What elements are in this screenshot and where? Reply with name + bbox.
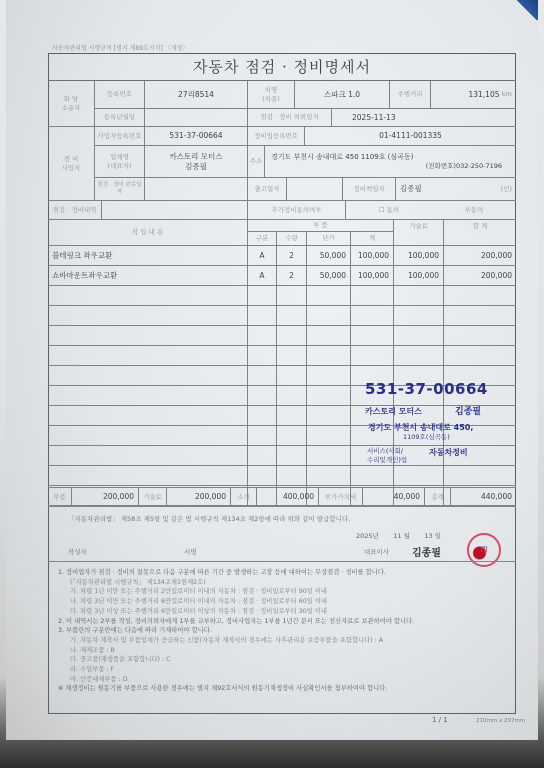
issuance-statement: 「자동차관리법」 제58조 제5항 및 같은 법 시행규칙 제134조 제2항에… <box>68 514 350 523</box>
binder-clip-corner <box>516 0 538 20</box>
cell-qty <box>277 306 307 326</box>
note-line: ※ 재생정비는 원동기를 부품으로 사용한 경우에는 별지 제92호서식의 원동… <box>58 684 508 694</box>
cell-qty: 2 <box>277 266 307 286</box>
cell-type <box>248 406 277 426</box>
cell-work <box>48 346 248 366</box>
cell-subtotal <box>351 326 394 346</box>
mileage-unit: km <box>502 90 512 98</box>
issue-day: 13 <box>424 532 432 540</box>
cell-subtotal <box>351 346 394 366</box>
type-header: 구분 <box>248 232 277 246</box>
cell-labor <box>394 346 444 366</box>
reg-no-value: 27리8514 <box>145 81 248 109</box>
cell-unit-price <box>307 326 351 346</box>
cell-labor <box>394 286 444 306</box>
subtotal-value: 400,000 <box>257 487 319 507</box>
cell-unit-price <box>307 426 351 446</box>
day-unit: 일 <box>435 532 441 540</box>
cell-type <box>248 446 277 466</box>
writer-label: 작성자 <box>68 547 87 556</box>
cell-qty <box>277 366 307 386</box>
cell-total <box>444 306 516 326</box>
cell-work <box>48 326 248 346</box>
manager-value: 김종필 <box>400 184 422 193</box>
work-header: 작 업 내 용 <box>48 220 248 246</box>
labor-total-label: 기술료 <box>139 487 167 507</box>
total-header: 합 계 <box>444 220 516 246</box>
complete-date-label: 점검 · 정비 완료일자 <box>95 178 145 201</box>
unit-price-header: 단가 <box>307 232 351 246</box>
cell-unit-price <box>307 446 351 466</box>
stamp-category-1: 서비스(사회/ <box>367 446 403 455</box>
repair-reg-no-label: 정비업등록번호 <box>248 127 305 146</box>
note-line: 마. 인증대체부품 : D <box>58 675 508 685</box>
subtotal-label: 소계 <box>231 487 257 507</box>
complete-date-value <box>145 178 248 201</box>
parts-header: 부 품 <box>248 220 394 232</box>
cell-type <box>248 426 277 446</box>
company-value: 카스토리 모터스 김종필 <box>145 146 248 178</box>
mileage-label: 주행거리 <box>390 81 431 109</box>
note-line: (「자동차관리법 시행규칙」 제134조제1항제2호) <box>58 578 508 588</box>
cell-unit-price <box>307 466 351 486</box>
cell-qty <box>277 286 307 306</box>
cell-unit-price <box>307 366 351 386</box>
repair-reg-no-value: 01-4111-001335 <box>305 127 516 146</box>
business-section-label: 정 비 사업자 <box>48 127 95 201</box>
cell-unit-price <box>307 306 351 326</box>
cell-total: 200,000 <box>444 266 516 286</box>
page-number: 1 / 1 <box>432 716 448 724</box>
cell-qty: 2 <box>277 246 307 266</box>
cell-unit-price <box>307 286 351 306</box>
cell-work: 블테링크 좌우교환 <box>48 246 248 266</box>
cell-work <box>48 446 248 466</box>
stamp-owner: 김종필 <box>455 404 481 417</box>
year-unit: 년 <box>373 532 379 540</box>
consent-options: ☐ 동의 부동의 <box>346 201 516 220</box>
notes-section: 1. 정비업자가 점검 · 정비의 잘못으로 다음 구분에 따른 기간 중 발생… <box>58 568 508 694</box>
cell-labor <box>394 466 444 486</box>
cell-type <box>248 306 277 326</box>
note-line: 나. 차령 3년 미만 또는 주행거리 6만킬로미터 이내의 자동차 : 점검 … <box>58 597 508 607</box>
stamp-category-2: 수리및개인)업 <box>367 455 407 464</box>
note-line: 다. 중고품(재생품을 포함합니다) : C <box>58 655 508 665</box>
cell-total <box>444 286 516 306</box>
model-label: 차명 (차종) <box>248 81 295 109</box>
cell-labor <box>394 306 444 326</box>
checkbox-icon[interactable]: ☐ <box>379 206 385 214</box>
cell-type <box>248 386 277 406</box>
mileage-value: 131,105 km <box>431 81 516 109</box>
note-line: 가. 자동차 제작사 및 부품업체가 공급하는 신품(자동차 제작사의 경우에는… <box>58 636 508 646</box>
cell-work <box>48 306 248 326</box>
disagree-label[interactable]: 부동의 <box>464 206 483 214</box>
manager-label: 정비책임자 <box>343 178 396 201</box>
cell-unit-price: 50,000 <box>307 266 351 286</box>
phone-value: (전화번호)032-250-7196 <box>426 162 516 170</box>
labor-total-value: 200,000 <box>167 487 231 507</box>
cell-total <box>444 466 516 486</box>
cell-type <box>248 326 277 346</box>
grand-total-label: 총계 <box>425 487 451 507</box>
biz-reg-no-label: 사업자등록번호 <box>95 127 145 146</box>
cell-qty <box>277 406 307 426</box>
reg-no-label: 등록번호 <box>95 81 145 109</box>
stamp-business-type: 자동차정비 <box>429 447 468 458</box>
note-line: 3. 부품란의 구분란에는 다음에 따라 기재하여야 합니다. <box>58 626 508 636</box>
reg-date-label: 등록년월일 <box>95 109 145 127</box>
stamp-company: 카스토리 모터스 <box>365 406 422 417</box>
cell-work: 쇼바마운트좌우교환 <box>48 266 248 286</box>
cell-subtotal <box>351 286 394 306</box>
release-date-value <box>287 178 343 201</box>
cell-subtotal: 100,000 <box>351 246 394 266</box>
cell-type <box>248 366 277 386</box>
cell-qty <box>277 326 307 346</box>
inspection-details-value <box>102 201 248 220</box>
cell-work <box>48 386 248 406</box>
cell-unit-price <box>307 386 351 406</box>
cell-type <box>248 346 277 366</box>
biz-reg-no-value: 531-37-00664 <box>145 127 248 146</box>
cell-qty <box>277 426 307 446</box>
cell-unit-price: 50,000 <box>307 246 351 266</box>
cell-qty <box>277 446 307 466</box>
seal-mark: (인) <box>501 185 512 193</box>
parts-total-value: 200,000 <box>72 487 139 507</box>
grand-total-value: 440,000 <box>451 487 516 507</box>
model-value: 스파크 1.0 <box>295 81 390 109</box>
issue-year: 2025 <box>356 532 373 540</box>
cell-type: A <box>248 266 277 286</box>
release-date-label: 출고일자 <box>248 178 287 201</box>
cell-work <box>48 426 248 446</box>
cell-work <box>48 286 248 306</box>
cell-labor: 100,000 <box>394 266 444 286</box>
paper-size: 210mm x 297mm <box>476 718 525 724</box>
stamp-address-2: 1109호(심곡동) <box>403 432 450 441</box>
labor-header: 기술료 <box>394 220 444 246</box>
cell-total: 200,000 <box>444 246 516 266</box>
company-label: 업체명 (대표자) <box>95 146 145 178</box>
request-date-label: 점검 · 정비 의뢰일자 <box>248 109 332 127</box>
reg-date-value <box>145 109 248 127</box>
cell-type <box>248 466 277 486</box>
document-title: 자동차 점검 · 정비명세서 <box>48 53 516 81</box>
manager-cell: 김종필 (인) <box>396 178 516 201</box>
consent-label: 추가정비동의여부 <box>248 201 346 220</box>
address-value: 경기도 부천시 송내대로 450 1109호 (심곡동) <box>271 153 413 162</box>
representative-label: 대표이사 <box>364 547 389 556</box>
note-line: 나. 재제조품 : B <box>58 646 508 656</box>
subtotal-header: 계 <box>351 232 394 246</box>
vat-value: 40,000 <box>363 487 425 507</box>
cell-unit-price <box>307 406 351 426</box>
cell-labor: 100,000 <box>394 246 444 266</box>
cell-qty <box>277 466 307 486</box>
vat-label: 부가가치세 <box>319 487 363 507</box>
issuance-divider <box>48 561 516 562</box>
cell-total <box>444 326 516 346</box>
cell-qty <box>277 346 307 366</box>
stamp-biz-number: 531-37-00664 <box>365 380 488 398</box>
note-line: 다. 차령 3년 이상 또는 주행거리 6만킬로미터 이상의 자동차 : 점검 … <box>58 607 508 617</box>
cell-work <box>48 466 248 486</box>
month-unit: 월 <box>404 532 410 540</box>
issue-month: 11 <box>393 532 401 540</box>
representative-name: 김종필 <box>412 544 441 559</box>
address-cell: 경기도 부천시 송내대로 450 1109호 (심곡동) (전화번호)032-2… <box>265 146 516 178</box>
form-reference: 자동차관리법 시행규칙 [별지 제89호서식] 〈개정〉 <box>52 43 188 52</box>
cell-type: A <box>248 246 277 266</box>
address-label: 주소 <box>248 146 265 178</box>
cell-subtotal: 100,000 <box>351 266 394 286</box>
issue-date: 2025년 11 월 13 일 <box>356 531 441 540</box>
cell-qty <box>277 386 307 406</box>
note-line: 2. 이 내역서는 2부를 작성, 정비의뢰자에게 1부를 교부하고, 정비사업… <box>58 617 508 627</box>
cell-subtotal <box>351 466 394 486</box>
note-line: 라. 수입부품 : F <box>58 665 508 675</box>
cell-subtotal <box>351 306 394 326</box>
cell-work <box>48 406 248 426</box>
sign-label: 서명 <box>184 547 197 556</box>
inspection-details-label: 점검 · 정비내역 <box>48 201 102 220</box>
parts-total-label: 부품 <box>48 487 72 507</box>
qty-header: 수량 <box>277 232 307 246</box>
vehicle-owner-section-label: 화 당 소유자 <box>48 81 95 127</box>
cell-work <box>48 366 248 386</box>
cell-unit-price <box>307 346 351 366</box>
agree-label: 동의 <box>387 206 400 214</box>
agree-option[interactable]: ☐ 동의 <box>379 206 399 214</box>
note-line: 1. 정비업자가 점검 · 정비의 잘못으로 다음 구분에 따른 기간 중 발생… <box>58 568 508 578</box>
cell-type <box>248 286 277 306</box>
mileage-number: 131,105 <box>468 90 499 99</box>
cell-labor <box>394 326 444 346</box>
note-line: 가. 차령 1년 미만 또는 주행거리 2만킬로미터 이내의 자동차 : 점검 … <box>58 587 508 597</box>
cell-total <box>444 346 516 366</box>
request-date-value: 2025-11-13 <box>332 109 516 127</box>
